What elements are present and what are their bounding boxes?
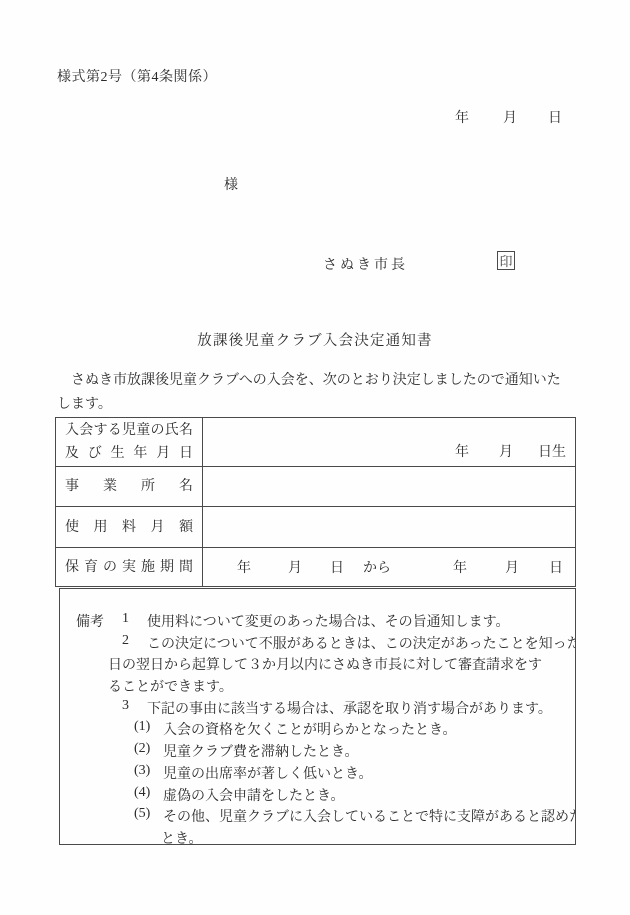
remark-text: 児童クラブ費を滞納したとき。 xyxy=(163,741,358,761)
remark-number: 1 xyxy=(122,611,129,627)
remark-line: 備考 1 使用料について変更のあった場合は、その旨通知します。 xyxy=(60,611,575,633)
period-start-year-label: 年 xyxy=(237,557,251,577)
row-label-child-name-line1: 入会する児童の氏名 xyxy=(65,419,193,442)
remark-text: とき。 xyxy=(161,828,202,845)
remark-line: (3) 児童の出席率が著しく低いとき。 xyxy=(60,763,575,785)
remark-line: (2) 児童クラブ費を滞納したとき。 xyxy=(60,741,575,763)
seal-mark: 印 xyxy=(497,251,515,270)
remark-item-number: (4) xyxy=(134,785,150,801)
remark-text: 虚偽の入会申請をしたとき。 xyxy=(163,785,344,805)
remark-line: ることができます。 xyxy=(60,676,575,698)
row-label-child-name: 入会する児童の氏名 及び生年月日 xyxy=(56,418,203,467)
remark-item-number: (2) xyxy=(134,741,150,757)
remark-line: 3 下記の事由に該当する場合は、承認を取り消す場合があります。 xyxy=(60,698,575,720)
remark-text: 下記の事由に該当する場合は、承認を取り消す場合があります。 xyxy=(147,698,552,718)
period-from-label: から xyxy=(363,557,391,577)
date-month-label: 月 xyxy=(503,107,517,127)
period-end-day-label: 日 xyxy=(549,557,563,577)
remark-text: この決定について不服があるときは、この決定があったことを知った xyxy=(147,633,576,653)
birth-month-label: 月 xyxy=(499,441,513,461)
row-label-office-name-text: 事業所名 xyxy=(65,475,193,498)
row-label-monthly-fee-text: 使用料月額 xyxy=(65,516,193,539)
remark-text: ることができます。 xyxy=(108,676,233,696)
remarks-box: 備考 1 使用料について変更のあった場合は、その旨通知します。 2 この決定につ… xyxy=(59,588,576,845)
row-label-office-name: 事業所名 xyxy=(56,467,203,507)
period-end-year-label: 年 xyxy=(453,557,467,577)
intro-line-2: します。 xyxy=(57,397,112,412)
form-number: 様式第2号（第4条関係） xyxy=(57,66,217,86)
remark-text: 児童の出席率が著しく低いとき。 xyxy=(163,763,372,783)
remark-text: 入会の資格を欠くことが明らかとなったとき。 xyxy=(163,719,456,739)
remarks-heading: 備考 xyxy=(76,611,104,631)
remark-text: 日の翌日から起算して３か月以内にさぬき市長に対して審査請求をす xyxy=(108,654,542,674)
row-label-child-name-line2: 及び生年月日 xyxy=(65,442,193,465)
intro-paragraph: さぬき市放課後児童クラブへの入会を、次のとおり決定しましたので通知いたします。 xyxy=(57,369,577,417)
period-start-month-label: 月 xyxy=(288,557,302,577)
remark-item-number: (3) xyxy=(134,763,150,779)
remark-text: 使用料について変更のあった場合は、その旨通知します。 xyxy=(147,611,509,631)
remark-text: その他、児童クラブに入会していることで特に支障があると認めた xyxy=(163,806,576,826)
row-label-care-period-text: 保育の実施期間 xyxy=(65,556,193,579)
admission-details-table: 入会する児童の氏名 及び生年月日 年 月 日生 事業所名 使用料月額 保育の実施… xyxy=(55,417,576,587)
recipient-suffix: 様 xyxy=(224,174,238,194)
remark-item-number: (1) xyxy=(134,719,150,735)
date-day-label: 日 xyxy=(548,107,562,127)
seal-character: 印 xyxy=(499,251,512,270)
birth-year-label: 年 xyxy=(455,441,469,461)
row-label-care-period: 保育の実施期間 xyxy=(56,548,203,586)
remark-number: 3 xyxy=(122,698,129,714)
remark-item-number: (5) xyxy=(134,806,150,822)
date-year-label: 年 xyxy=(455,107,469,127)
remark-line: (5) その他、児童クラブに入会していることで特に支障があると認めた xyxy=(60,806,575,828)
row-label-monthly-fee: 使用料月額 xyxy=(56,507,203,548)
mayor-label: さぬき市長 xyxy=(323,254,408,274)
remark-line: (4) 虚偽の入会申請をしたとき。 xyxy=(60,785,575,807)
remark-line: 日の翌日から起算して３か月以内にさぬき市長に対して審査請求をす xyxy=(60,654,575,676)
period-start-day-label: 日 xyxy=(330,557,344,577)
remark-line: とき。 xyxy=(60,828,575,845)
field-care-period: 年 月 日 から 年 月 日 xyxy=(203,548,575,586)
field-office-name xyxy=(203,467,575,507)
document-page: 様式第2号（第4条関係） 年 月 日 様 さぬき市長 印 放課後児童クラブ入会決… xyxy=(0,0,630,915)
remark-line: (1) 入会の資格を欠くことが明らかとなったとき。 xyxy=(60,719,575,741)
birth-day-label: 日生 xyxy=(538,441,566,461)
period-end-month-label: 月 xyxy=(505,557,519,577)
remark-line: 2 この決定について不服があるときは、この決定があったことを知った xyxy=(60,633,575,655)
document-title: 放課後児童クラブ入会決定通知書 xyxy=(0,329,630,350)
remark-number: 2 xyxy=(122,633,129,649)
intro-line-1: さぬき市放課後児童クラブへの入会を、次のとおり決定しましたので通知いた xyxy=(57,373,561,388)
field-child-name-birthdate: 年 月 日生 xyxy=(203,418,575,467)
field-monthly-fee xyxy=(203,507,575,548)
